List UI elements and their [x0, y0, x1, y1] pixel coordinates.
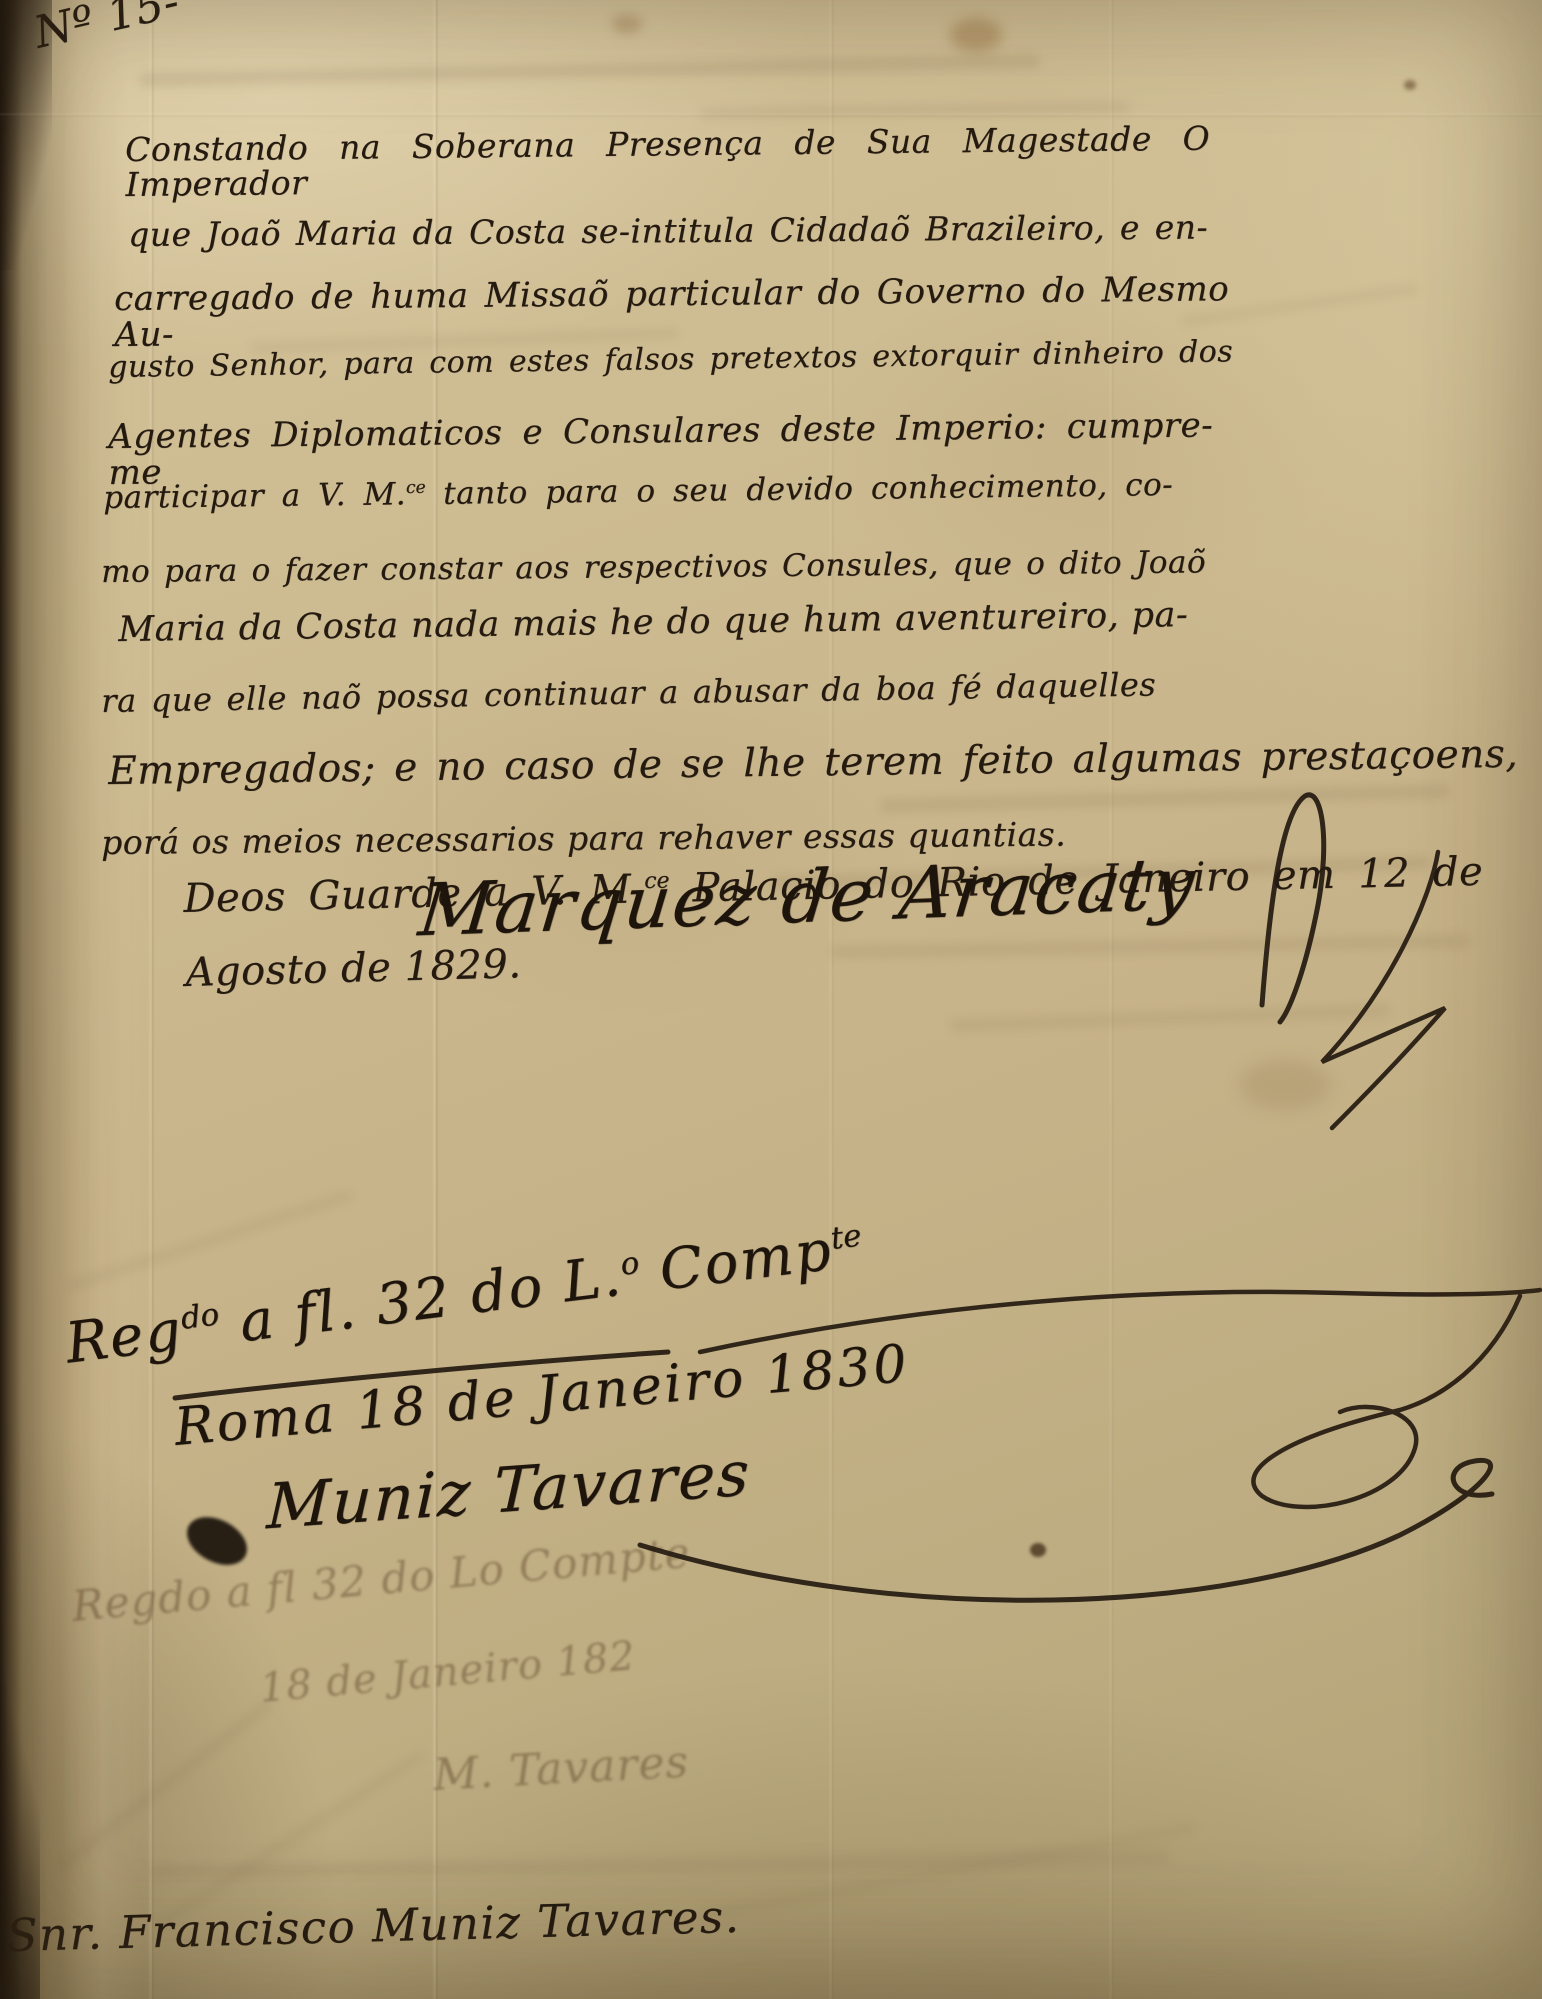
- letter-line-2: que Joaõ Maria da Costa se-intitula Cida…: [128, 210, 1208, 252]
- ink-blot: [179, 1507, 255, 1574]
- manuscript-page: Regdo a fl 32 do Lo Compte 18 de Janeiro…: [0, 0, 1542, 1999]
- book-gutter: [0, 0, 130, 1999]
- registration-place-date: Roma 18 de Janeiro 1830: [172, 1334, 912, 1458]
- ghost-registration-line: Regdo a fl 32 do Lo Compte: [70, 1528, 692, 1631]
- letter-line-13: Agosto de 1829.: [185, 943, 522, 994]
- foxing-spot: [1240, 1060, 1330, 1110]
- foxing-spot: [1030, 1543, 1046, 1557]
- superscript: te: [829, 1218, 864, 1257]
- letter-line-10: Empregados; e no caso de se lhe terem fe…: [108, 735, 1518, 793]
- bleedthrough-smear: [700, 101, 1130, 120]
- letter-line-7: mo para o fazer constar aos respectivos …: [101, 546, 1206, 588]
- foxing-spot: [612, 14, 642, 34]
- foxing-spot: [950, 18, 1002, 52]
- bleedthrough-smear: [830, 934, 1470, 958]
- bleedthrough-smear: [66, 1189, 355, 1292]
- foxing-spot: [1404, 80, 1416, 90]
- letter-line-1: Constando na Soberana Presença de Sua Ma…: [125, 122, 1211, 203]
- superscript: do: [179, 1296, 221, 1336]
- bleedthrough-smear: [703, 1822, 1197, 1921]
- bleedthrough-smear: [880, 785, 1450, 813]
- signature-muniz-tavares: Muniz Tavares: [265, 1436, 752, 1543]
- paper-crease-horizontal: [0, 112, 1542, 118]
- bleedthrough-smear: [950, 1004, 1390, 1031]
- bleedthrough-smear: [56, 1698, 275, 1872]
- superscript: ce: [406, 478, 426, 498]
- bleedthrough-smear: [150, 1851, 1170, 1878]
- letter-line-9: ra que elle naõ possa continuar a abusar…: [101, 668, 1156, 718]
- ghost-signature: M. Tavares: [432, 1737, 690, 1801]
- addressee-line: Snr. Francisco Muniz Tavares.: [6, 1893, 741, 1959]
- document-number: Nº 15-: [30, 0, 184, 57]
- ghost-date-line: 18 de Janeiro 182: [258, 1633, 638, 1712]
- letter-line-8: Maria da Costa nada mais he do que hum a…: [118, 597, 1188, 649]
- bleedthrough-smear: [140, 55, 1040, 87]
